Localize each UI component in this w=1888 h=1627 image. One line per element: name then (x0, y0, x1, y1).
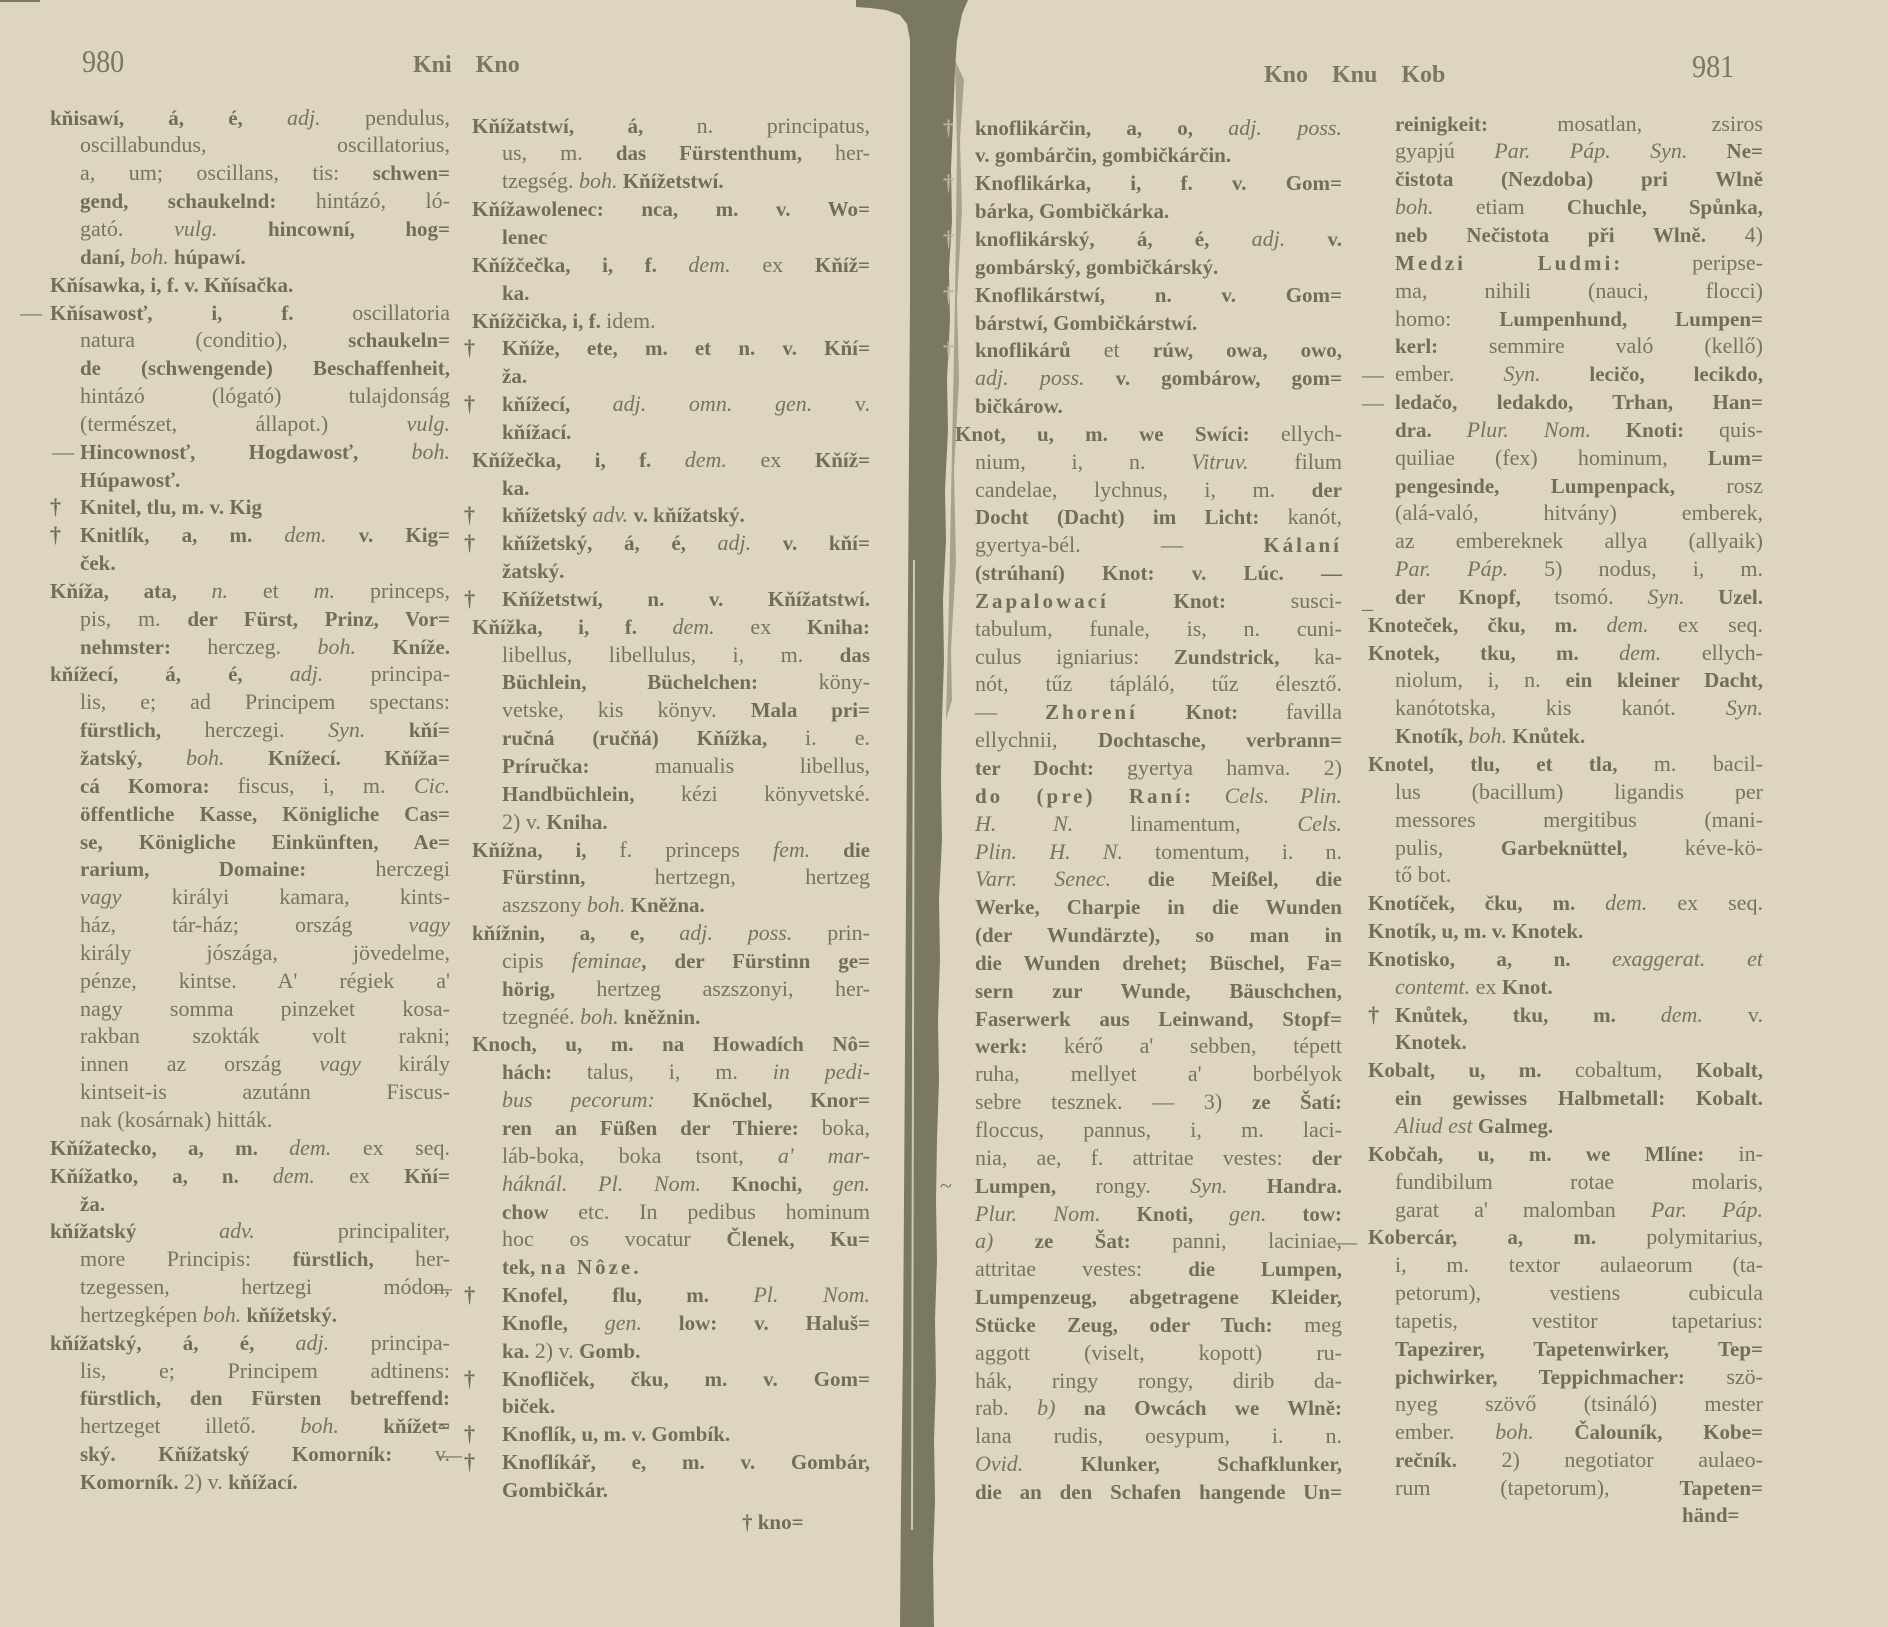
italic-text: boh. (412, 439, 451, 464)
fraktur-text: Büchlein, Büchelchen: (502, 670, 819, 694)
fraktur-text: Dochtasche, verbrann= (1098, 728, 1342, 752)
italic-text: Plur. Nom. (975, 1201, 1100, 1226)
fraktur-text: Kňížka, i, f. (472, 615, 673, 639)
entry-continuation-line: tapetis, vestitor tapetarius: (1368, 1307, 1763, 1335)
fraktur-text: v. kňížatský. (628, 503, 745, 527)
obsolete-entry-line: †kňížetský adv. v. kňížatský. (472, 501, 870, 529)
roman-text: principa- (329, 1330, 450, 1355)
roman-text: in- (1739, 1141, 1763, 1166)
fraktur-text: Ne= (1687, 139, 1763, 163)
fraktur-text: Knot: (1109, 589, 1291, 613)
entry-continuation-line: Hincownosť, Hogdawosť, boh. (50, 438, 450, 466)
margin-tilde-mark: ~ (438, 1416, 450, 1438)
italic-text: Par. Páp. (1395, 556, 1508, 581)
entry-continuation-line: Knofle, gen. low: v. Haluš= (472, 1309, 870, 1337)
margin-dash-mark: — (52, 441, 74, 463)
roman-text: ma, nihili (nauci, flocci) (1395, 278, 1763, 303)
italic-text: Plur. Nom. (1467, 417, 1591, 442)
dictionary-spread: 980 Kni Kno Kno Knu Kob 981 kňisawí, á, … (0, 0, 1888, 1627)
roman-text: filum (1249, 449, 1342, 474)
entry-continuation-line: žatský. (472, 557, 870, 585)
roman-text: polymitarius, (1646, 1224, 1763, 1249)
roman-text: kanót, (1288, 504, 1342, 529)
entry-continuation-line: ka. 2) v. Gomb. (472, 1337, 870, 1365)
roman-text: gató. (80, 216, 174, 241)
italic-text: dem. (1661, 1002, 1703, 1027)
entry-headword-line: Knotisko, a, n. exaggerat. et (1368, 945, 1763, 973)
fraktur-text: Knot: (1138, 700, 1286, 724)
fraktur-text: Knot, u, m. we Swíci: (955, 422, 1281, 446)
roman-text: hintázó (lógató) tulajdonság (80, 383, 450, 408)
roman-text: cobaltum, (1575, 1057, 1696, 1082)
entry-continuation-line: boh. etiam Chuchle, Spůnka, (1368, 193, 1763, 221)
roman-text: messores mergitibus (mani- (1395, 807, 1763, 832)
fraktur-text: Gombičkár. (502, 1478, 608, 1502)
fraktur-text: öffentliche Kasse, Königliche Cas= (80, 802, 450, 826)
fraktur-text: Príručka: (502, 754, 655, 778)
entry-continuation-line: (alá-való, hitvány) emberek, (1368, 499, 1763, 527)
dagger-icon: † (464, 585, 475, 613)
dagger-icon: † (1368, 1001, 1379, 1029)
entry-continuation-line: Lumpenzeug, abgetragene Kleider, (955, 1283, 1342, 1311)
entry-continuation-line: Stücke Zeug, oder Tuch: meg (955, 1311, 1342, 1339)
italic-text: gen. (605, 1310, 642, 1335)
italic-text: Cic. (414, 773, 450, 798)
entry-continuation-line: Húpawosť. (50, 466, 450, 494)
entry-continuation-line: nia, ae, f. attritae vestes: der (955, 1144, 1342, 1172)
dagger-icon: † (464, 501, 475, 529)
italic-text: dem. (1605, 890, 1647, 915)
fraktur-text: Tapeten= (1679, 1476, 1763, 1500)
fraktur-text: die Meißel, die (1111, 867, 1342, 891)
roman-text: hertzeget illető. (80, 1413, 300, 1438)
roman-text: etiam (1434, 194, 1567, 219)
fraktur-text: Kniha. (546, 810, 607, 834)
entry-continuation-line: niolum, i, n. ein kleiner Dacht, (1368, 666, 1763, 694)
entry-continuation-line: die Wunden drehet; Büschel, Fa= (955, 949, 1342, 977)
entry-continuation-line: more Principis: fürstlich, her- (50, 1245, 450, 1273)
fraktur-text: Kňížna, i, (472, 838, 619, 862)
roman-text: ember. (1395, 361, 1503, 386)
italic-text: Syn. (1647, 584, 1684, 609)
italic-text: Par. Páp. (1651, 1197, 1763, 1222)
fraktur-text: chow (502, 1200, 578, 1224)
fraktur-text: kňížatský (50, 1219, 219, 1243)
entry-continuation-line: hách: talus, i, m. in pedi- (472, 1058, 870, 1086)
roman-text: pis, m. (80, 606, 187, 631)
fraktur-text: Kobalt, u, m. (1368, 1058, 1575, 1082)
entry-continuation-line: dra. Plur. Nom. Knoti: quis- (1368, 416, 1763, 444)
fraktur-text: ček. (80, 551, 116, 575)
entry-continuation-line: adj. poss. v. gombárow, gom= (955, 364, 1342, 392)
roman-text: oscillabundus, oscillatorius, (80, 132, 450, 157)
entry-continuation-line: lenec (472, 223, 870, 251)
fraktur-text: Knotík, (1395, 724, 1469, 748)
entry-continuation-line: natura (conditio), schaukeln= (50, 326, 450, 354)
entry-headword-line: Knotek, tku, m. dem. ellych- (1368, 639, 1763, 667)
italic-text: dem. (1606, 612, 1648, 637)
entry-continuation-line: candelae, lychnus, i, m. der (955, 476, 1342, 504)
roman-text: petorum), vestiens cubicula (1395, 1280, 1763, 1305)
entry-continuation-line: Büchlein, Büchelchen: köny- (472, 668, 870, 696)
fraktur-text: schaukeln= (348, 328, 450, 352)
roman-text: tapetis, vestitor tapetarius: (1395, 1308, 1763, 1333)
entry-continuation-line: pengesinde, Lumpenpack, rosz (1368, 472, 1763, 500)
fraktur-text: Kniha: (807, 615, 870, 639)
roman-text: a, um; oscillans, tis: (80, 160, 373, 185)
fraktur-text: kňížet= (339, 1414, 450, 1438)
fraktur-text: Kňíža, ata, (50, 579, 211, 603)
roman-text: nót, tűz tápláló, tűz élesztő. (975, 671, 1342, 696)
spaced-fraktur-text: do (pre) Raní: (975, 784, 1194, 808)
entry-continuation-line: (der Wundärzte), so man in (955, 921, 1342, 949)
roman-text: m. bacil- (1654, 751, 1763, 776)
entry-continuation-line: rakban szokták volt rakni; (50, 1022, 450, 1050)
roman-text: láb-boka, boka tsont, (502, 1143, 778, 1168)
fraktur-text: der (1312, 478, 1342, 502)
italic-text: dem. (685, 447, 727, 472)
italic-text: dem. (273, 1163, 315, 1188)
entry-continuation-line: nehmster: herczeg. boh. Kníže. (50, 633, 450, 661)
roman-text: panni, laciniae, (1172, 1228, 1342, 1253)
entry-headword-line: Kňížatstwí, á, n. principatus, (472, 112, 870, 140)
fraktur-text: Lumpenzeug, abgetragene Kleider, (975, 1285, 1342, 1309)
page-number-right: 981 (1692, 50, 1734, 82)
fraktur-text: Kňížatko, a, n. (50, 1164, 273, 1188)
italic-text: feminae (572, 948, 642, 973)
fraktur-text: Komorník. (80, 1470, 184, 1494)
roman-text: rum (tapetorum), (1395, 1475, 1679, 1500)
fraktur-text: sern zur Wunde, Bäuschchen, (975, 979, 1342, 1003)
fraktur-text: Knoch, u, m. na Howadích Nô= (472, 1032, 870, 1056)
entry-continuation-line: (strúhaní) Knot: v. Lúc. — (955, 559, 1342, 587)
italic-text: a) (975, 1228, 993, 1253)
roman-text: homo: (1395, 306, 1499, 331)
italic-text: m. (314, 578, 335, 603)
entry-continuation-line: lis, e; Principem adtinens: (50, 1357, 450, 1385)
roman-text: az embereknek allya (allyaik) (1395, 528, 1763, 553)
fraktur-text: daní, (80, 245, 130, 269)
fraktur-text: ručná (ručňá) Kňížka, (502, 726, 805, 750)
entry-continuation-line: fürstlich, den Fürsten betreffend: (50, 1384, 450, 1412)
roman-text: ellychnii, (975, 727, 1098, 752)
fraktur-text: Kňížatstwí, á, (472, 114, 697, 138)
entry-continuation-line: öffentliche Kasse, Königliche Cas= (50, 800, 450, 828)
fraktur-text: , der Fürstinn ge= (641, 949, 870, 973)
fraktur-text: Tapezirer, Tapetenwirker, Tep= (1395, 1337, 1763, 1361)
roman-text: kéve-kö- (1685, 835, 1763, 860)
entry-continuation-line: rab. b) na Owcách we Wlně: (955, 1394, 1342, 1422)
entry-continuation-line: vagy királyi kamara, kints- (50, 883, 450, 911)
fraktur-text: v. gombárčin, gombičkárčin. (975, 143, 1231, 167)
fraktur-text: ža. (502, 364, 527, 388)
entry-continuation-line: hertzegképen boh. kňížetský. (50, 1301, 450, 1329)
obsolete-entry-line: †Knůtek, tku, m. dem. v. (1368, 1001, 1763, 1029)
roman-text: innen az ország (80, 1051, 319, 1076)
entry-continuation-line: nót, tűz tápláló, tűz élesztő. (955, 670, 1342, 698)
entry-continuation-line: garat a' malomban Par. Páp. (1368, 1196, 1763, 1224)
margin-dash-mark: — (20, 302, 42, 324)
entry-continuation-line: ter Docht: gyertya hamva. 2) (955, 754, 1342, 782)
entry-continuation-line: fundibilum rotae molaris, (1368, 1168, 1763, 1196)
roman-text: 2) negotiator aulaeo- (1501, 1447, 1763, 1472)
italic-text: gen. (1229, 1201, 1266, 1226)
fraktur-text: Knůtek, tku, m. (1395, 1003, 1661, 1027)
entry-continuation-line: ellychnii, Dochtasche, verbrann= (955, 726, 1342, 754)
fraktur-text: Faserwerk aus Leinwand, Stopf= (975, 1007, 1342, 1031)
fraktur-text: Knofliček, čku, m. v. Gom= (502, 1367, 870, 1391)
entry-continuation-line: ház, tár-ház; ország vagy (50, 911, 450, 939)
roman-text: ember. (1395, 1419, 1495, 1444)
fraktur-text: Kňížčička, i, f. (472, 309, 606, 333)
roman-text: rab. (975, 1395, 1037, 1420)
entry-headword-line: kňížatský adv. principaliter, (50, 1217, 450, 1245)
fraktur-text: der (1312, 1146, 1342, 1170)
obsolete-entry-line: †knoflikárů et rúw, owa, owo, (955, 336, 1342, 364)
fraktur-text: Kňíže, ete, m. et n. v. Kňí= (502, 336, 870, 360)
roman-text: királyi kamara, kints- (122, 884, 450, 909)
roman-text: v. (812, 391, 870, 416)
fraktur-text: kňížací. (228, 1470, 297, 1494)
fraktur-text: hincowní, hog= (217, 217, 450, 241)
entry-continuation-line: tő bot. (1368, 861, 1763, 889)
spaced-fraktur-text: Zapalowací (975, 589, 1109, 613)
fraktur-text: die Wunden drehet; Büschel, Fa= (975, 951, 1342, 975)
roman-text: tzegség. (502, 168, 579, 193)
italic-text: H. N. (975, 811, 1073, 836)
italic-text: boh. (587, 892, 626, 917)
fraktur-text: žatský, (80, 746, 186, 770)
entry-continuation-line: der Knopf, tsomó. Syn. Uzel. (1368, 583, 1763, 611)
entry-continuation-line: Faserwerk aus Leinwand, Stopf= (955, 1005, 1342, 1033)
fraktur-text: fürstlich, (293, 1247, 415, 1271)
entry-continuation-line: v. gombárčin, gombičkárčin. (955, 141, 1342, 169)
roman-text: manualis libellus, (655, 753, 870, 778)
italic-text: vulg. (407, 411, 450, 436)
italic-text: Syn. (328, 717, 365, 742)
italic-text: boh. (300, 1413, 339, 1438)
fraktur-text: na Owcách we Wlně: (1055, 1396, 1342, 1420)
entry-continuation-line: hák, ringy rongy, dirib da- (955, 1367, 1342, 1395)
entry-continuation-line: Knotek. (1368, 1028, 1763, 1056)
fraktur-text: Kňížetstwí. (617, 169, 723, 193)
entry-headword-line: Knoch, u, m. na Howadích Nô= (472, 1030, 870, 1058)
roman-text: et (1104, 337, 1153, 362)
italic-text: boh. (1395, 194, 1434, 219)
obsolete-entry-line: †Knitel, tlu, m. v. Kig (50, 493, 450, 521)
spaced-fraktur-text: Medzi Ludmi: (1395, 251, 1623, 275)
entry-continuation-line: hintázó (lógató) tulajdonság (50, 382, 450, 410)
fraktur-text: gend, schaukelnd: (80, 189, 316, 213)
fraktur-text: Zundstrick, (1174, 645, 1314, 669)
fraktur-text: ský. Kňížatský Komorník: (80, 1442, 435, 1466)
fraktur-text: tow: (1266, 1202, 1342, 1226)
fraktur-text: se, Königliche Einkünften, Ae= (80, 830, 450, 854)
fraktur-text: Kňížatecko, a, m. (50, 1136, 289, 1160)
fraktur-text: ze Šat: (993, 1229, 1172, 1253)
roman-text: talus, i, m. (587, 1059, 773, 1084)
roman-text: et (228, 578, 314, 603)
entry-continuation-line: tzegség. boh. Kňížetstwí. (472, 167, 870, 195)
fraktur-text: kňížetský (502, 503, 592, 527)
roman-text: ex (731, 252, 815, 277)
italic-text: b) (1037, 1395, 1055, 1420)
roman-text: rakban szokták volt rakni; (80, 1023, 450, 1048)
fraktur-text: Stücke Zeug, oder Tuch: (975, 1313, 1304, 1337)
entry-continuation-line: sern zur Wunde, Bäuschchen, (955, 977, 1342, 1005)
italic-text: fem. (773, 837, 810, 862)
roman-text: ex seq. (331, 1135, 450, 1160)
entry-continuation-line: a, um; oscillans, tis: schwen= (50, 159, 450, 187)
dictionary-column-2: Kňížatstwí, á, n. principatus,us, m. das… (472, 112, 870, 1504)
entry-continuation-line: Tapezirer, Tapetenwirker, Tep= (1368, 1335, 1763, 1363)
italic-text: adj. poss. (975, 365, 1085, 390)
entry-continuation-line: ember. boh. Čalouník, Kobe= (1368, 1418, 1763, 1446)
roman-text: favilla (1286, 699, 1342, 724)
fraktur-text: Knotel, tlu, et tla, (1368, 752, 1654, 776)
entry-continuation-line: ember. Syn. lecičo, lecikdo, (1368, 360, 1763, 388)
italic-text: dem. (289, 1135, 331, 1160)
entry-continuation-line: Par. Páp. 5) nodus, i, m. (1368, 555, 1763, 583)
dagger-icon: † (943, 225, 954, 253)
fraktur-text: ze Šatí: (1252, 1090, 1342, 1114)
roman-text: quis- (1719, 417, 1763, 442)
roman-text: 2) v. (502, 809, 546, 834)
entry-continuation-line: nium, i, n. Vitruv. filum (955, 448, 1342, 476)
roman-text: floccus, pannus, i, m. laci- (975, 1117, 1342, 1142)
fraktur-text: Knochi, (701, 1172, 833, 1196)
fraktur-text: Knoflikárstwí, n. v. Gom= (975, 283, 1342, 307)
fraktur-text: Kňížawolenec: nca, m. v. Wo= (472, 197, 870, 221)
roman-text: 2) v. (535, 1338, 579, 1363)
margin-dash-mark: — (1335, 1231, 1357, 1253)
roman-text: ex seq. (1647, 890, 1763, 915)
entry-continuation-line: a) ze Šat: panni, laciniae, (955, 1227, 1342, 1255)
italic-text: Cels. Plin. (1194, 783, 1342, 808)
dagger-icon: † (50, 521, 61, 549)
entry-continuation-line: ka. (472, 474, 870, 502)
entry-headword-line: Knot, u, m. we Swíci: ellych- (955, 420, 1342, 448)
fraktur-text: ka. (502, 281, 529, 305)
roman-text: herczegi. (205, 717, 329, 742)
roman-text: linamentum, (1073, 811, 1297, 836)
roman-text: natura (conditio), (80, 327, 348, 352)
fraktur-text: Kobercár, a, m. (1368, 1225, 1646, 1249)
roman-text: libellus, libellulus, i, m. (502, 642, 840, 667)
roman-text: princeps, (335, 578, 450, 603)
fraktur-text: das (840, 643, 870, 667)
entry-continuation-line: Komorník. 2) v. kňížací. (50, 1468, 450, 1496)
roman-text: semmire való (kellő) (1489, 333, 1763, 358)
entry-continuation-line: tek, na Nôze. (472, 1253, 870, 1281)
roman-text: tomentum, i. n. (1123, 839, 1342, 864)
entry-continuation-line: contemt. ex Knot. (1368, 973, 1763, 1001)
italic-text: boh. (186, 745, 225, 770)
roman-text: boka, (822, 1115, 870, 1140)
italic-text: boh. (318, 634, 357, 659)
italic-text: dem. (688, 252, 730, 277)
entry-continuation-line: kňížací. (472, 418, 870, 446)
italic-text: adj. (290, 661, 324, 686)
fraktur-text: v. kňí= (751, 531, 870, 555)
fraktur-text: Knofle, (502, 1311, 605, 1335)
fraktur-text: Knoflikárka, i, f. v. Gom= (975, 171, 1342, 195)
fraktur-text: Knitlík, a, m. (80, 523, 284, 547)
entry-continuation-line: die an den Schafen hangende Un= (955, 1478, 1342, 1506)
entry-continuation-line: neb Nečistota při Wlně. 4) (1368, 221, 1763, 249)
fraktur-text: Kobčah, u, m. we Mlíne: (1368, 1142, 1739, 1166)
italic-text: dem. (284, 522, 326, 547)
italic-text: vulg. (174, 216, 217, 241)
roman-text: pénze, kintse. A' régiek a' (80, 968, 450, 993)
roman-text: n. principatus, (697, 113, 870, 138)
roman-text: 4) (1745, 222, 1763, 247)
spaced-fraktur-text: Zhorení (1045, 700, 1138, 724)
margin-tilde-mark: ~ (940, 1175, 952, 1197)
fraktur-text: žatský. (502, 559, 564, 583)
entry-continuation-line: nak (kosárnak) hitták. (50, 1106, 450, 1134)
roman-text: ex (727, 447, 815, 472)
entry-continuation-line: pichwirker, Teppichmacher: szö- (1368, 1363, 1763, 1391)
roman-text: pulis, (1395, 835, 1501, 860)
italic-text: vagy (319, 1051, 361, 1076)
catchword-right: händ= (1682, 1502, 1740, 1530)
entry-continuation-line: lana rudis, oesypum, i. n. (955, 1422, 1342, 1450)
fraktur-text: Knot. (1502, 975, 1553, 999)
obsolete-entry-line: †kňížetský, á, é, adj. v. kňí= (472, 529, 870, 557)
fraktur-text: Knofel, flu, m. (502, 1283, 753, 1307)
fraktur-text: Kňí= (404, 1164, 450, 1188)
fraktur-text: das Fürstenthum, (616, 141, 835, 165)
fraktur-text: (der Wundärzte), so man in (975, 923, 1342, 947)
italic-text: adj. (717, 530, 751, 555)
entry-headword-line: Kňísawosť, i, f. oscillatoria (50, 299, 450, 327)
fraktur-text: Handbüchlein, (502, 782, 681, 806)
roman-text: lana rudis, oesypum, i. n. (975, 1423, 1342, 1448)
entry-continuation-line: daní, boh. húpawí. (50, 243, 450, 271)
roman-text: ellych- (1661, 640, 1763, 665)
roman-text: more Principis: (80, 1246, 293, 1271)
margin-dash-mark: — (1362, 364, 1384, 386)
entry-continuation-line: floccus, pannus, i, m. laci- (955, 1116, 1342, 1144)
fraktur-text: dra. (1395, 418, 1467, 442)
entry-continuation-line: aggott (viselt, kopott) ru- (955, 1339, 1342, 1367)
fraktur-text: cá Komora: (80, 774, 238, 798)
roman-text: kérő a' sebben, tépett (1064, 1033, 1342, 1058)
italic-text: adj. (296, 1330, 330, 1355)
entry-continuation-line: lis, e; ad Principem spectans: (50, 688, 450, 716)
roman-text: ellych- (1281, 421, 1342, 446)
entry-continuation-line: cipis feminae, der Fürstinn ge= (472, 947, 870, 975)
fraktur-text: die an den Schafen hangende Un= (975, 1480, 1342, 1504)
entry-continuation-line: király jószága, jövedelme, (50, 939, 450, 967)
roman-text: etc. In pedibus hominum (578, 1199, 870, 1224)
roman-text: szö- (1726, 1364, 1763, 1389)
fraktur-text: pengesinde, Lumpenpack, (1395, 474, 1726, 498)
entry-continuation-line: aszszony boh. Kněžna. (472, 891, 870, 919)
entry-continuation-line: gyapjú Par. Páp. Syn. Ne= (1368, 137, 1763, 165)
entry-continuation-line: Handbüchlein, kézi könyvetské. (472, 780, 870, 808)
fraktur-text: ein kleiner Dacht, (1565, 668, 1763, 692)
entry-continuation-line: žatský, boh. Knížecí. Kňíža= (50, 744, 450, 772)
margin-dash-mark: — (430, 1277, 452, 1299)
roman-text: sebre tesznek. — 3) (975, 1089, 1252, 1114)
entry-continuation-line: Gombičkár. (472, 1476, 870, 1504)
fraktur-text: Knůtek. (1507, 724, 1585, 748)
entry-continuation-line: tabulum, funale, is, n. cuni- (955, 615, 1342, 643)
fraktur-text: Galmeg. (1473, 1114, 1553, 1138)
fraktur-text: kňížetský, á, é, (502, 531, 717, 555)
